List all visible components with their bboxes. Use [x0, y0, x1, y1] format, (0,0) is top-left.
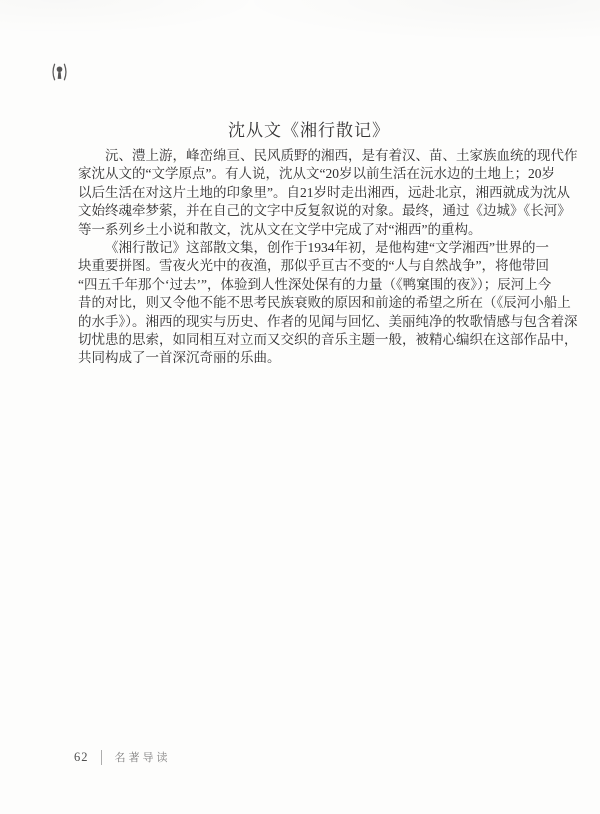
text-line: 等一系列乡土小说和散文，沈从文在文学中完成了对“湘西”的重构。	[78, 221, 540, 239]
paragraph: 沅、澧上游，峰峦绵亘、民风质野的湘西，是有着汉、苗、土家族血统的现代作家沈从文的…	[78, 147, 540, 239]
paragraph: 《湘行散记》这部散文集，创作于1934年初，是他构建“文学湘西”世界的一块重要拼…	[78, 239, 540, 368]
page-footer: 62 名著导读	[74, 748, 171, 766]
book-page: 沈从文《湘行散记》 沅、澧上游，峰峦绵亘、民风质野的湘西，是有着汉、苗、土家族血…	[0, 0, 600, 814]
text-line: 以后生活在对这片土地的印象里”。自21岁时走出湘西，远赴北京，湘西就成为沈从	[78, 184, 540, 202]
text-line: 的水手》）。湘西的现实与历史、作者的见闻与回忆、美丽纯净的牧歌情感与包含着深	[78, 313, 540, 331]
broadcast-person-icon	[50, 62, 69, 82]
text-line: 切忧患的思索，如同相互对立而又交织的音乐主题一般，被精心编织在这部作品中，	[78, 331, 540, 349]
text-line: 块重要拼图。雪夜火光中的夜渔，那似乎亘古不变的“人与自然战争”，将他带回	[78, 257, 540, 275]
text-line: 文始终魂牵梦萦，并在自己的文字中反复叙说的对象。最终，通过《边城》《长河》	[78, 202, 540, 220]
page-number: 62	[74, 750, 89, 765]
text-line: 共同构成了一首深沉奇丽的乐曲。	[78, 349, 540, 367]
page-title: 沈从文《湘行散记》	[78, 116, 540, 141]
section-label: 名著导读	[115, 749, 171, 765]
text-line: 沅、澧上游，峰峦绵亘、民风质野的湘西，是有着汉、苗、土家族血统的现代作	[78, 147, 540, 165]
text-line: 昔的对比，则又令他不能不思考民族衰败的原因和前途的希望之所在（《辰河小船上	[78, 294, 540, 312]
text-line: 《湘行散记》这部散文集，创作于1934年初，是他构建“文学湘西”世界的一	[78, 239, 540, 257]
text-line: 家沈从文的“文学原点”。有人说，沈从文“20岁以前生活在沅水边的土地上；20岁	[78, 165, 540, 183]
article-body: 沅、澧上游，峰峦绵亘、民风质野的湘西，是有着汉、苗、土家族血统的现代作家沈从文的…	[78, 147, 540, 368]
text-line: “四五千年那个‘过去’”，体验到人性深处保有的力量（《鸭窠围的夜》）；辰河上今	[78, 276, 540, 294]
footer-divider	[101, 750, 102, 765]
